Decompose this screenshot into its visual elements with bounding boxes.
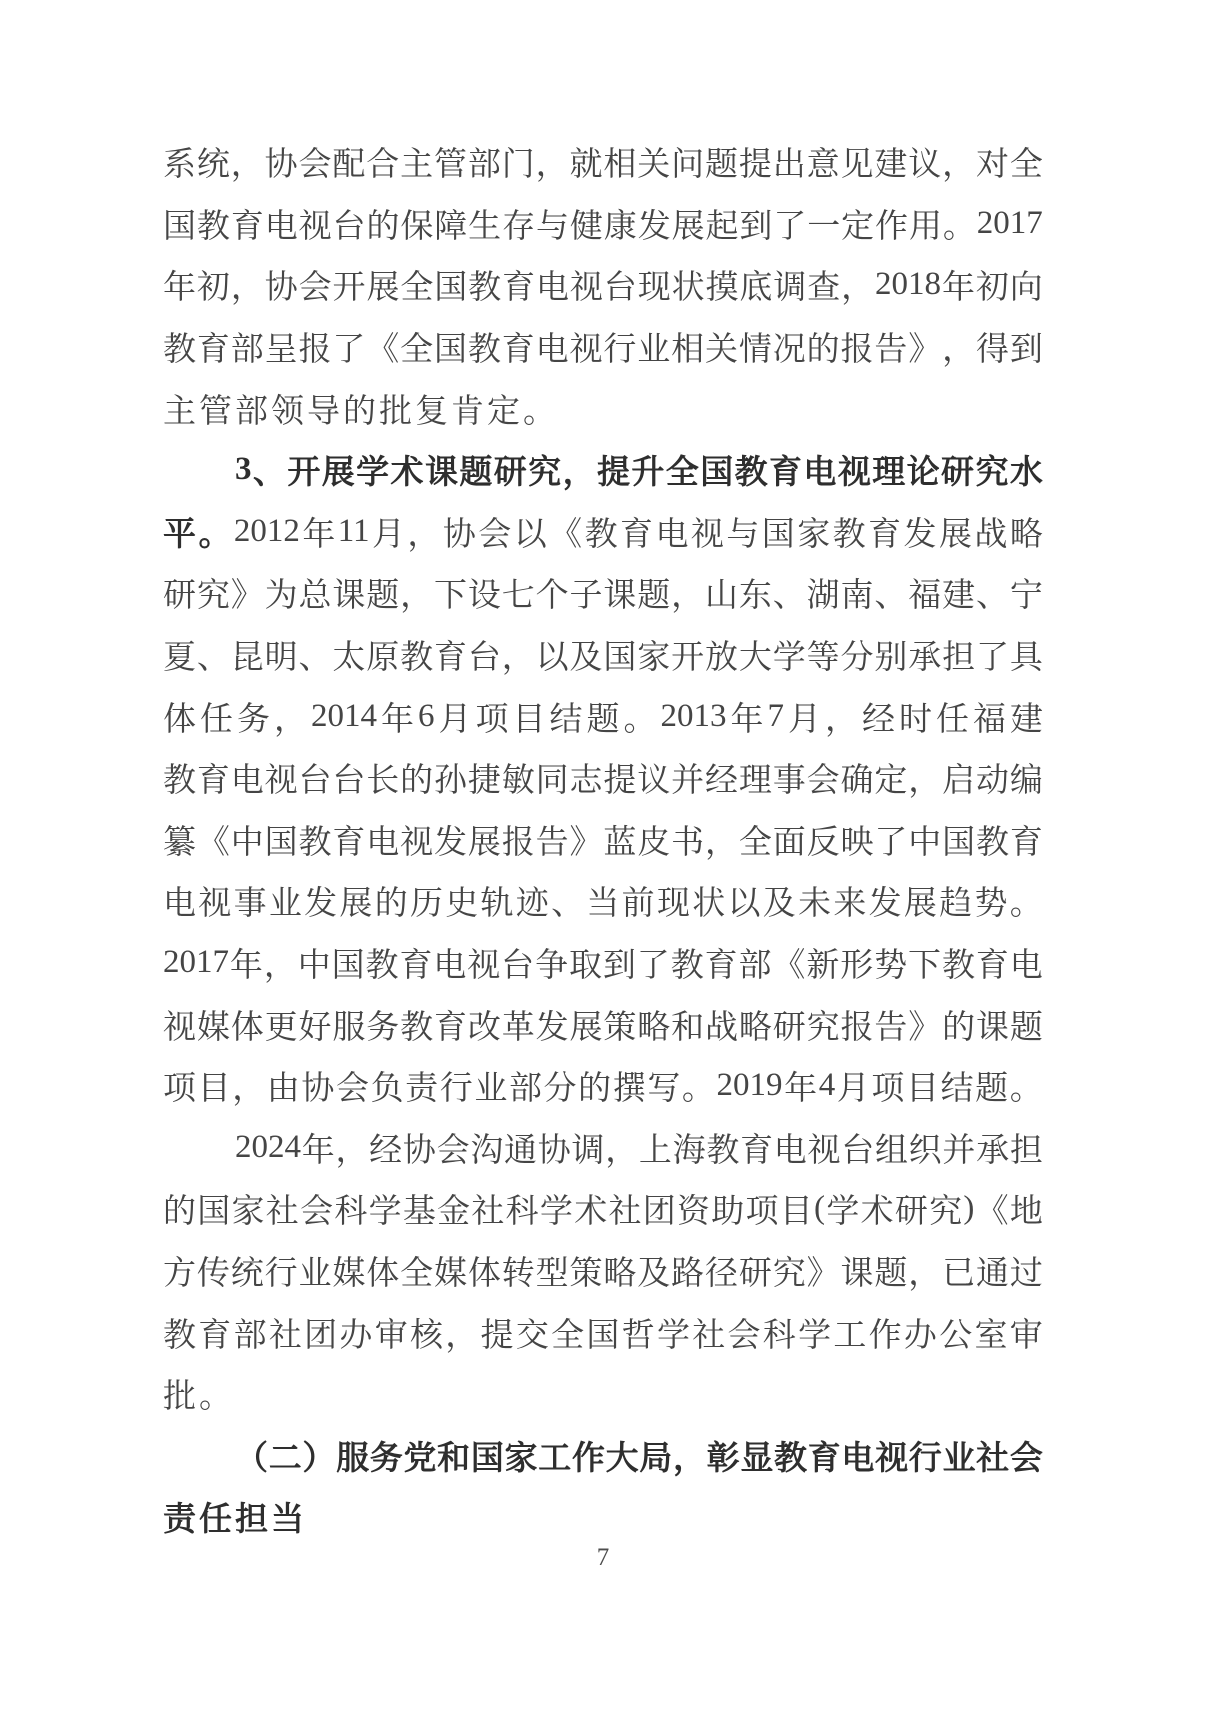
text-run: 出 — [773, 138, 806, 185]
text-run: 底 — [739, 261, 772, 308]
text-run: 》 — [231, 569, 264, 616]
text-run: 起 — [706, 200, 739, 247]
text-run: 展 — [570, 1001, 603, 1048]
text-run: 目 — [780, 1185, 813, 1232]
text-run: 家 — [797, 508, 830, 555]
text-run: 项 — [871, 1062, 904, 1109]
text-run: 育 — [740, 1124, 773, 1171]
text-line: （二）服务党和国家工作大局，彰显教育电视行业社会 — [163, 1424, 1043, 1486]
text-run: 发 — [434, 816, 467, 863]
text-run: 理 — [739, 754, 772, 801]
text-run: 合 — [366, 138, 399, 185]
text-run: ， — [605, 1124, 638, 1171]
text-run: 书 — [671, 816, 704, 863]
text-run: 相 — [603, 138, 636, 185]
text-run: 务 — [237, 693, 270, 740]
text-run: 究 — [773, 1247, 806, 1294]
text-run: 议 — [637, 754, 670, 801]
text-run: 学 — [540, 1185, 573, 1232]
text-run: 办 — [339, 1309, 372, 1356]
text-run: 》 — [807, 1247, 840, 1294]
text-run: 体 — [468, 1247, 501, 1294]
text-run: 《 — [197, 816, 230, 863]
text-run: 、 — [976, 569, 1009, 616]
text-run: 教 — [163, 754, 196, 801]
text-run: 基 — [403, 1185, 436, 1232]
text-run: ， — [841, 261, 874, 308]
text-run: 型 — [536, 1247, 569, 1294]
text-run: 对 — [976, 138, 1009, 185]
text-run: 社 — [269, 1309, 302, 1356]
text-run: 社 — [471, 1185, 504, 1232]
text-run: 的 — [942, 1001, 975, 1048]
text-run: 福 — [973, 693, 1006, 740]
text-run: 研 — [895, 1185, 928, 1232]
text-run: 康 — [604, 200, 637, 247]
text-run: 分 — [841, 631, 874, 678]
text-run: 展 — [322, 446, 355, 493]
text-run: 部 — [468, 138, 501, 185]
text-run: 分 — [544, 1062, 577, 1109]
text-run: 状 — [692, 877, 725, 924]
text-run: 教 — [468, 261, 501, 308]
text-run: 会 — [728, 1309, 761, 1356]
text-run: 教 — [833, 508, 866, 555]
text-run: 教 — [706, 1124, 739, 1171]
text-run: 建 — [1010, 693, 1043, 740]
text-run: 并 — [671, 754, 704, 801]
text-run: 务 — [370, 1432, 403, 1479]
text-run: 提 — [739, 138, 772, 185]
text-run: 育 — [808, 1432, 841, 1479]
text-run: 国 — [700, 446, 733, 493]
text-line: 视媒体更好服务教育改革发展策略和战略研究报告》的课题 — [163, 993, 1043, 1055]
text-line: 3、开展学术课题研究，提升全国教育电视理论研究水 — [163, 439, 1043, 501]
text-run: 健 — [570, 200, 603, 247]
text-run: 业 — [299, 1247, 332, 1294]
text-run: 编 — [1010, 754, 1043, 801]
text-run: 福 — [908, 569, 941, 616]
text-run: 势 — [874, 939, 907, 986]
text-run: 任 — [200, 693, 233, 740]
text-run: 《 — [549, 508, 582, 555]
text-run: 学 — [369, 1185, 402, 1232]
text-run: 通 — [976, 1247, 1009, 1294]
text-run: 会 — [336, 1062, 369, 1109]
text-run: 发 — [304, 877, 337, 924]
text-run: 台 — [604, 261, 637, 308]
text-run: 了 — [332, 323, 365, 370]
text-run: 业 — [474, 1062, 507, 1109]
text-run: 到 — [603, 939, 636, 986]
text-run: 负 — [371, 1062, 404, 1109]
text-run: 承 — [976, 1124, 1009, 1171]
text-run: 业 — [942, 1432, 975, 1479]
text-run: 沟 — [470, 1124, 503, 1171]
text-run: 战 — [974, 508, 1007, 555]
text-run: ， — [232, 1062, 265, 1109]
text-run: 平 — [163, 508, 196, 555]
text-run: 批 — [379, 385, 412, 432]
text-run: 存 — [502, 200, 535, 247]
text-run: 趋 — [939, 877, 972, 924]
text-run: 2024 — [235, 1129, 301, 1166]
text-run: 展 — [672, 200, 705, 247]
text-run: 学 — [826, 1185, 859, 1232]
text-run: 写 — [647, 1062, 680, 1109]
text-run: 作 — [572, 1432, 605, 1479]
text-run: 。 — [624, 693, 657, 740]
text-run: 体 — [163, 693, 196, 740]
text-run: 展 — [468, 816, 501, 863]
text-run: 。 — [1010, 877, 1043, 924]
text-run: 务 — [366, 1001, 399, 1048]
text-run: 视 — [265, 754, 298, 801]
text-run: 上 — [639, 1124, 672, 1171]
text-line: 主管部领导的批复肯定。 — [163, 377, 1043, 439]
text-run: 事 — [234, 877, 267, 924]
text-run: 协 — [538, 1124, 571, 1171]
text-run: 全 — [1010, 138, 1043, 185]
text-run: 启 — [942, 754, 975, 801]
text-run: 孙 — [434, 754, 467, 801]
text-run: 育 — [1010, 816, 1043, 863]
text-run: 》 — [570, 816, 603, 863]
text-run: 育 — [976, 939, 1009, 986]
text-run: 究 — [929, 1185, 962, 1232]
text-line: 教育电视台台长的孙捷敏同志提议并经理事会确定，启动编 — [163, 747, 1043, 809]
text-run: 服 — [332, 1001, 365, 1048]
text-run: 中 — [908, 816, 941, 863]
text-run: 报 — [841, 1001, 874, 1048]
text-run: 教 — [400, 1001, 433, 1048]
text-run: 传 — [197, 1247, 230, 1294]
text-run: 业 — [269, 877, 302, 924]
text-run: 协 — [403, 1124, 436, 1171]
text-run: 理 — [872, 446, 905, 493]
text-run: 资 — [677, 1185, 710, 1232]
text-run: 方 — [163, 1247, 196, 1294]
text-run: 捷 — [468, 754, 501, 801]
text-run: 题 — [975, 1062, 1008, 1109]
text-run: 主 — [163, 385, 196, 432]
text-run: 发 — [638, 200, 671, 247]
text-run: 显 — [740, 1432, 773, 1479]
text-run: 究 — [975, 446, 1008, 493]
text-run: 和 — [437, 1432, 470, 1479]
text-run: 家 — [232, 1185, 265, 1232]
text-run: ， — [671, 569, 704, 616]
text-run: 月 — [788, 693, 821, 740]
text-run: ， — [502, 631, 535, 678]
text-run: 配 — [332, 138, 365, 185]
text-run: 统 — [197, 138, 230, 185]
text-run: 《 — [772, 939, 805, 986]
text-run: 教 — [774, 1432, 807, 1479]
text-run: 用 — [909, 200, 942, 247]
text-run: 核 — [410, 1309, 443, 1356]
text-run: 昆 — [231, 631, 264, 678]
text-run: 。 — [943, 200, 976, 247]
text-run: 国 — [434, 261, 467, 308]
text-line: 纂《中国教育电视发展报告》蓝皮书，全面反映了中国教育 — [163, 809, 1043, 871]
text-run: 工 — [538, 1432, 571, 1479]
text-run: 协 — [265, 138, 298, 185]
text-run: 现 — [657, 877, 690, 924]
text-run: 担 — [235, 1493, 268, 1540]
text-run: 的 — [163, 1185, 196, 1232]
text-run: 电 — [536, 323, 569, 370]
text-line: 研究》为总课题，下设七个子课题，山东、湖南、福建、宁 — [163, 562, 1043, 624]
text-run: 育 — [197, 323, 230, 370]
text-line: 电视事业发展的历史轨迹、当前现状以及未来发展趋势。 — [163, 870, 1043, 932]
text-run: 国 — [163, 200, 196, 247]
text-run: 彰 — [707, 1432, 740, 1479]
text-run: 略 — [739, 1001, 772, 1048]
text-run: 教 — [197, 200, 230, 247]
text-run: 社 — [692, 1309, 725, 1356]
text-run: 体 — [231, 1001, 264, 1048]
text-run: 二 — [269, 1432, 302, 1479]
text-run: 事 — [773, 754, 806, 801]
text-run: 课 — [841, 1247, 874, 1294]
text-run: 与 — [536, 200, 569, 247]
text-run: 目 — [906, 1062, 939, 1109]
text-run: 志 — [570, 754, 603, 801]
text-run: 障 — [434, 200, 467, 247]
text-run: 全 — [400, 323, 433, 370]
text-run: 年 — [381, 693, 414, 740]
text-run: 部 — [739, 939, 772, 986]
text-run: 育 — [502, 261, 535, 308]
text-run: 告 — [874, 323, 907, 370]
text-run: 电 — [433, 939, 466, 986]
text-run: 及 — [637, 1247, 670, 1294]
text-line: 系统，协会配合主管部门，就相关问题提出意见建议，对全 — [163, 131, 1043, 193]
text-run: 初 — [976, 261, 1009, 308]
text-run: 年 — [302, 1124, 335, 1171]
text-run: 协 — [443, 508, 476, 555]
text-run: 家 — [505, 1432, 538, 1479]
text-run: 定 — [841, 200, 874, 247]
text-run: 视 — [808, 1124, 841, 1171]
text-run: 复 — [415, 385, 448, 432]
text-run: 展 — [339, 877, 372, 924]
text-run: 升 — [631, 446, 664, 493]
text-run: 媒 — [197, 1001, 230, 1048]
text-run: 别 — [874, 631, 907, 678]
text-run: 定 — [487, 385, 520, 432]
text-run: 状 — [672, 261, 705, 308]
text-run: 年 — [784, 1062, 817, 1109]
text-run: 反 — [807, 816, 840, 863]
text-run: 交 — [516, 1309, 549, 1356]
text-run: ， — [231, 138, 264, 185]
text-run: 教 — [942, 939, 975, 986]
text-run: 摸 — [706, 261, 739, 308]
text-run: 媒 — [434, 1247, 467, 1294]
text-run: 》 — [908, 323, 941, 370]
text-run: 提 — [603, 754, 636, 801]
text-run: 办 — [904, 1309, 937, 1356]
text-run: 2017 — [977, 205, 1043, 242]
text-run: 了 — [976, 631, 1009, 678]
text-run: 结 — [550, 693, 583, 740]
text-run: 审 — [1010, 1309, 1043, 1356]
text-run: 社 — [976, 1432, 1009, 1479]
text-run: 已 — [942, 1247, 975, 1294]
text-run: 教 — [366, 939, 399, 986]
text-run: 题 — [1010, 1001, 1043, 1048]
text-run: 当 — [271, 1493, 304, 1540]
text-run: 南 — [841, 569, 874, 616]
text-run: 、 — [253, 446, 286, 493]
text-line: 方传统行业媒体全媒体转型策略及路径研究》课题，已通过 — [163, 1240, 1043, 1302]
text-run: 研 — [941, 446, 974, 493]
text-run: 、 — [551, 877, 584, 924]
text-line: 2017年，中国教育电视台争取到了教育部《新形势下教育电 — [163, 932, 1043, 994]
text-run: ， — [825, 693, 858, 740]
text-run: 长 — [366, 754, 399, 801]
text-run: 报 — [502, 816, 535, 863]
text-run: 统 — [231, 1247, 264, 1294]
text-run: 育 — [502, 323, 535, 370]
text-run: 到 — [739, 200, 772, 247]
text-run: ， — [908, 754, 941, 801]
text-run: 6 — [418, 698, 435, 735]
text-run: 个 — [536, 569, 569, 616]
text-run: 研 — [494, 446, 527, 493]
text-run: 太 — [332, 631, 365, 678]
text-run: 总 — [299, 569, 332, 616]
text-run: 发 — [904, 508, 937, 555]
text-run: 育 — [620, 508, 653, 555]
text-run: 下 — [908, 939, 941, 986]
text-run: ， — [445, 1309, 478, 1356]
text-run: 电 — [774, 1124, 807, 1171]
text-run: 助 — [711, 1185, 744, 1232]
text-line: 教育部呈报了《全国教育电视行业相关情况的报告》，得到 — [163, 316, 1043, 378]
document-body: 系统，协会配合主管部门，就相关问题提出意见建议，对全国教育电视台的保障生存与健康… — [163, 131, 1043, 1548]
text-run: 2012 — [234, 513, 300, 550]
text-run: 2017 — [163, 944, 229, 981]
text-run: 11 — [338, 513, 370, 550]
text-run: 以 — [728, 877, 761, 924]
text-run: 水 — [1010, 446, 1043, 493]
text-run: （ — [235, 1432, 268, 1479]
text-run: 月 — [372, 508, 405, 555]
text-run: 国 — [332, 939, 365, 986]
text-run: 月 — [837, 1062, 870, 1109]
text-run: 3 — [235, 451, 252, 488]
text-run: ， — [908, 1247, 941, 1294]
text-run: 革 — [502, 1001, 535, 1048]
text-run: 敏 — [502, 754, 535, 801]
text-run: 海 — [673, 1124, 706, 1171]
text-run: 教 — [735, 446, 768, 493]
text-run: 蓝 — [603, 816, 636, 863]
text-run: 任 — [199, 1493, 232, 1540]
text-line: 年初，协会开展全国教育电视台现状摸底调查，2018年初向 — [163, 254, 1043, 316]
text-run: 育 — [197, 754, 230, 801]
text-run: 组 — [875, 1124, 908, 1171]
text-run: 以 — [536, 631, 569, 678]
text-run: 视 — [467, 939, 500, 986]
text-run: 具 — [1010, 631, 1043, 678]
text-run: 育 — [769, 446, 802, 493]
text-run: 、 — [299, 631, 332, 678]
text-run: 报 — [299, 323, 332, 370]
text-run: 台 — [841, 1124, 874, 1171]
text-run: 建 — [942, 569, 975, 616]
text-run: 教 — [299, 816, 332, 863]
text-run: 电 — [803, 446, 836, 493]
text-run: 展 — [366, 261, 399, 308]
text-run: 全 — [739, 816, 772, 863]
text-run: 议 — [908, 138, 941, 185]
text-run: 发 — [869, 877, 902, 924]
text-run: 承 — [908, 631, 941, 678]
text-line: 批。 — [163, 1363, 1043, 1425]
text-run: 见 — [841, 138, 874, 185]
text-run: 领 — [271, 385, 304, 432]
text-run: 台 — [333, 200, 366, 247]
text-run: 夏 — [163, 631, 196, 678]
text-run: 当 — [586, 877, 619, 924]
text-run: 取 — [569, 939, 602, 986]
text-run: 电 — [231, 754, 264, 801]
text-run: 大 — [739, 631, 772, 678]
text-run: ， — [400, 569, 433, 616]
text-run: 。 — [1010, 1062, 1043, 1109]
text-run: 台 — [501, 939, 534, 986]
text-run: 科 — [506, 1185, 539, 1232]
text-run: 2013 — [661, 698, 727, 735]
text-run: 路 — [671, 1247, 704, 1294]
text-run: 教 — [976, 816, 1009, 863]
text-run: 。 — [198, 508, 231, 555]
text-run: 党 — [403, 1432, 436, 1479]
text-run: 子 — [570, 569, 603, 616]
text-run: 的 — [400, 754, 433, 801]
text-run: 批 — [163, 1370, 196, 1417]
text-run: 未 — [798, 877, 831, 924]
text-run: 课 — [332, 569, 365, 616]
text-run: ， — [335, 1124, 368, 1171]
text-run: 2019 — [717, 1067, 783, 1104]
text-run: 视 — [299, 200, 332, 247]
text-run: 学 — [657, 1309, 690, 1356]
text-run: ） — [302, 1432, 335, 1479]
text-run: 电 — [655, 508, 688, 555]
text-run: 一 — [807, 200, 840, 247]
text-run: 部 — [235, 385, 268, 432]
text-run: 《 — [976, 1185, 1009, 1232]
text-run: ， — [264, 939, 297, 986]
text-run: 作 — [875, 200, 908, 247]
text-run: 社 — [608, 1185, 641, 1232]
text-line: 国教育电视台的保障生存与健康发展起到了一定作用。2017 — [163, 193, 1043, 255]
text-run: 行 — [265, 1247, 298, 1294]
text-run: 和 — [671, 1001, 704, 1048]
text-run: 项 — [476, 693, 509, 740]
text-run: 究 — [807, 1001, 840, 1048]
text-run: 宁 — [1010, 569, 1043, 616]
text-line: 项目，由协会负责行业部分的撰写。2019年4月项目结题。 — [163, 1055, 1043, 1117]
text-run: 协 — [301, 1062, 334, 1109]
text-run: ， — [231, 261, 264, 308]
text-run: 题 — [366, 569, 399, 616]
